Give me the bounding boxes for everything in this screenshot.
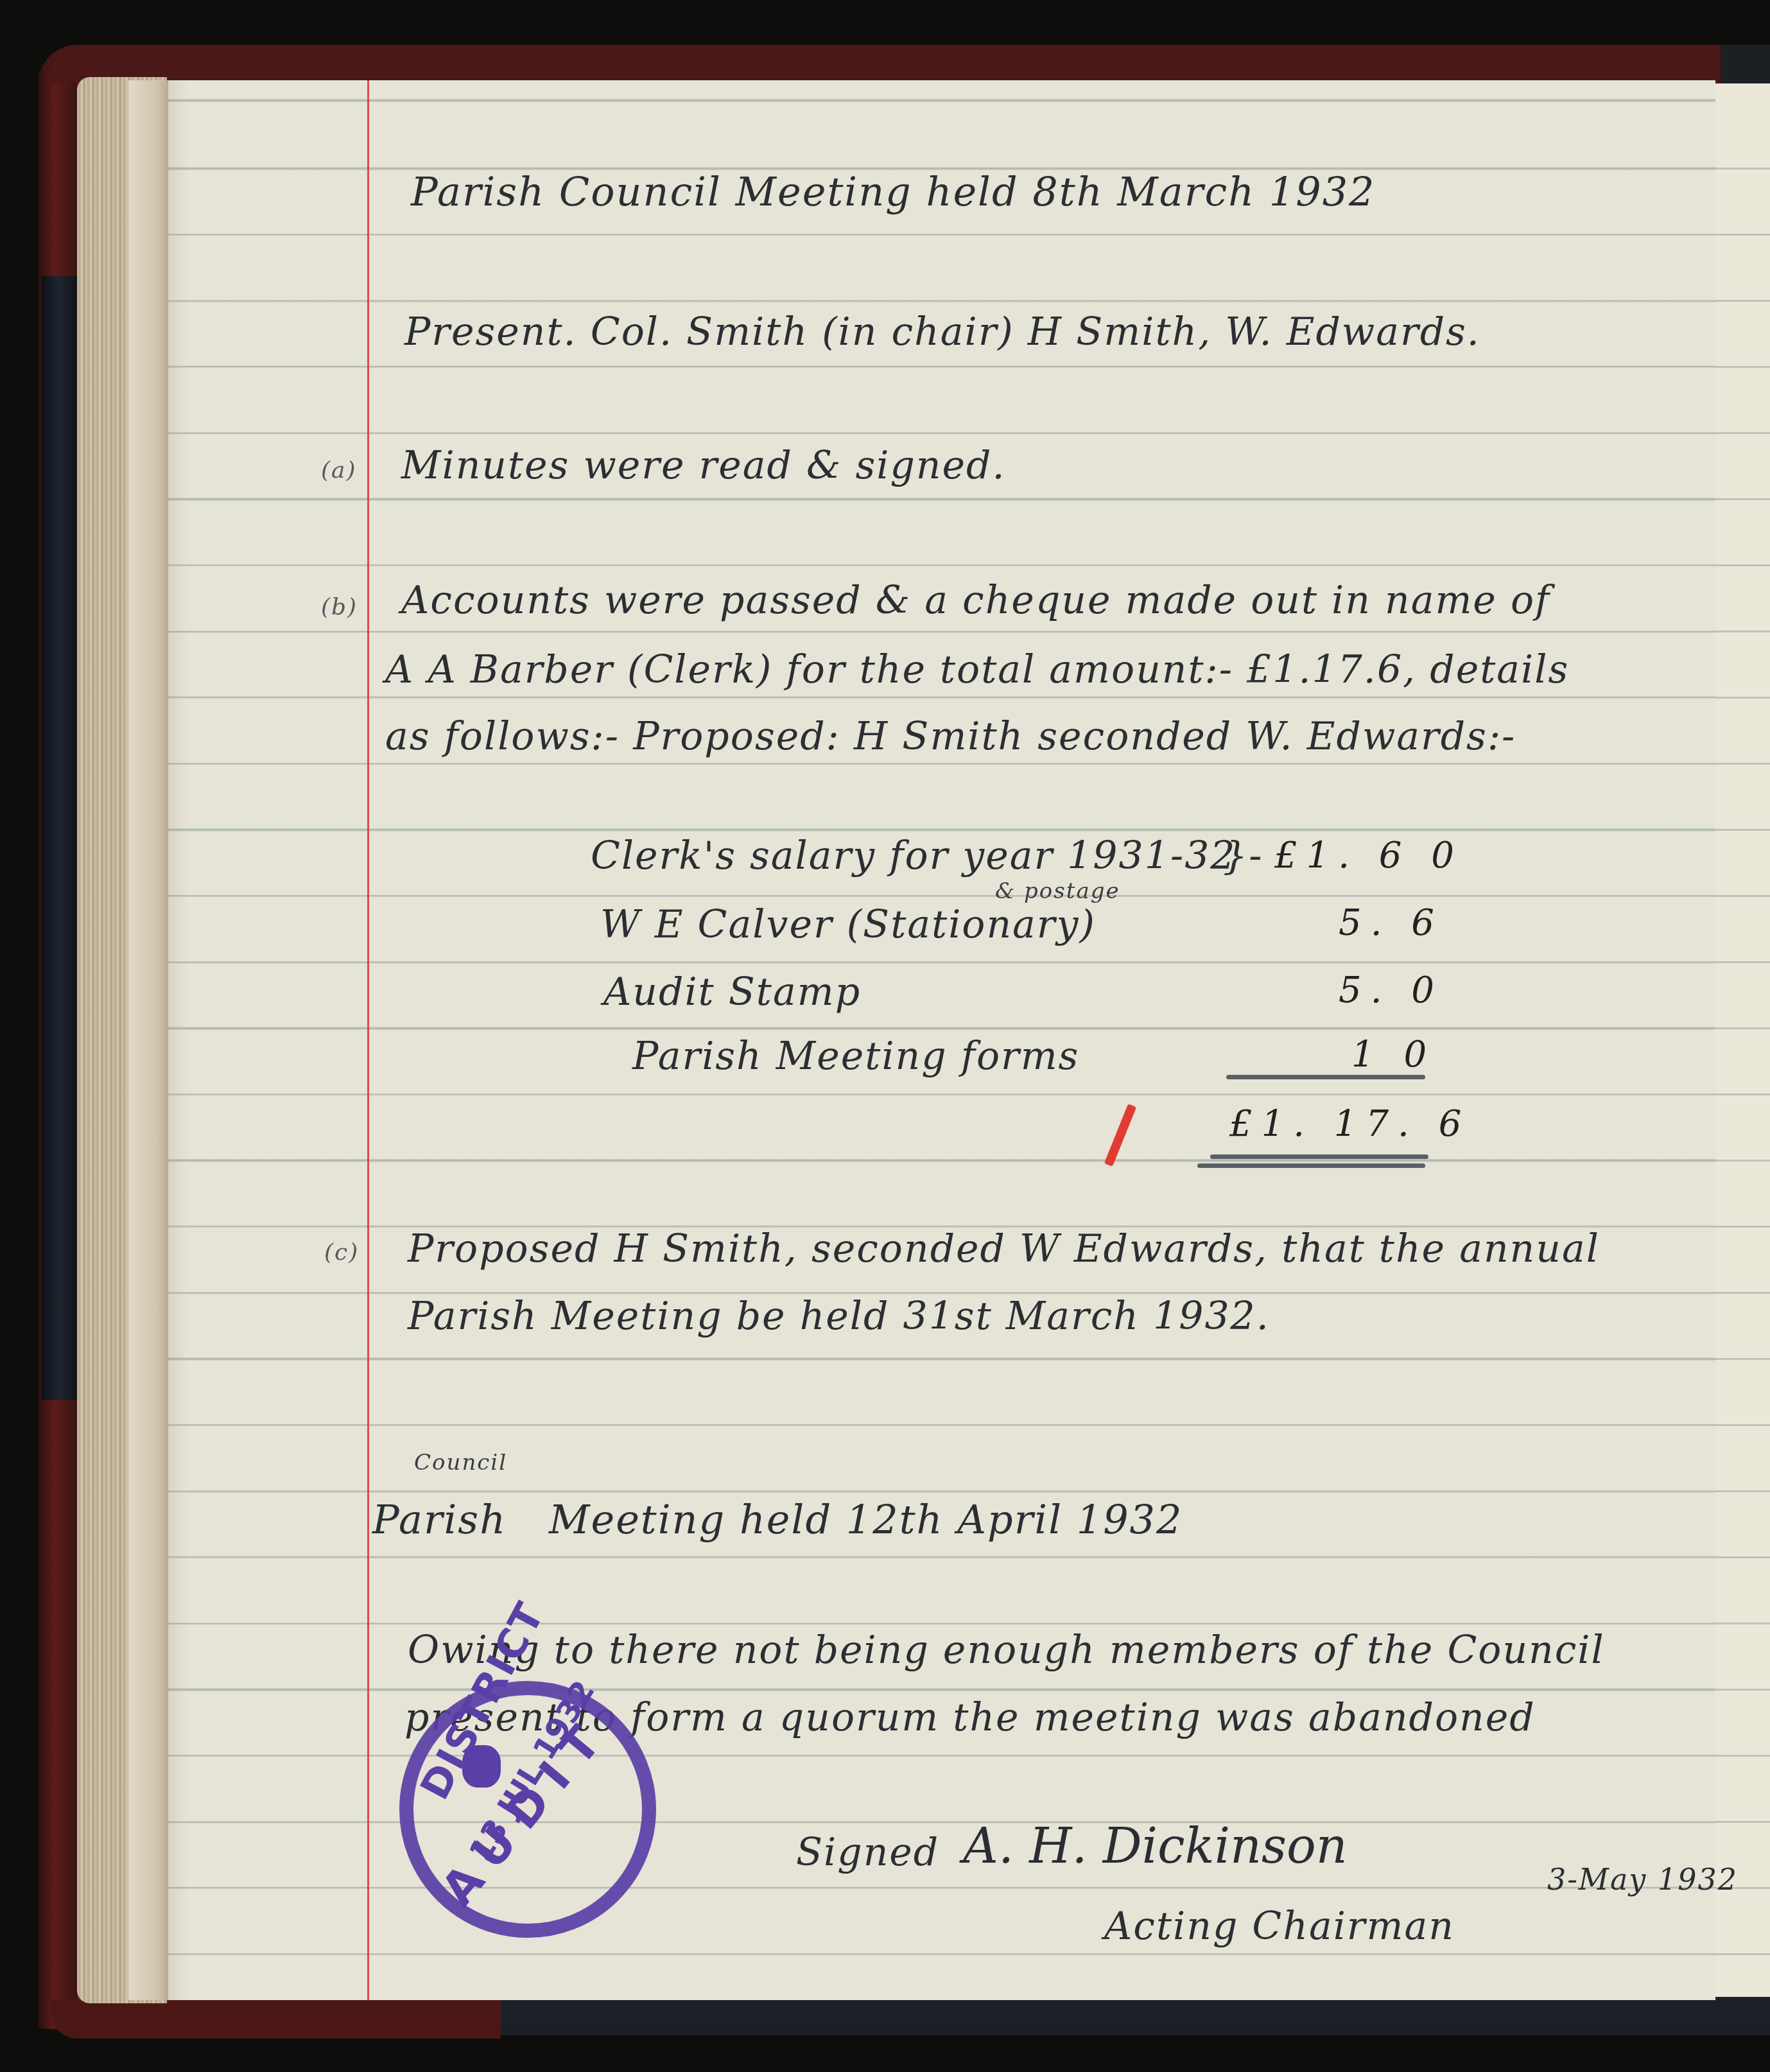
cover-bottom-edge xyxy=(51,2000,501,2039)
meeting1-title: Parish Council Meeting held 8th March 19… xyxy=(411,168,1376,215)
item-c-line2: Parish Meeting be held 31st March 1932. xyxy=(408,1294,1270,1339)
chairman-role: Acting Chairman xyxy=(1104,1904,1455,1949)
account-description: W E Calver (Stationary) xyxy=(600,902,1096,947)
total-underline-2 xyxy=(1197,1163,1425,1168)
account-amount: 5. 6 xyxy=(1339,902,1443,944)
total-underline-1 xyxy=(1210,1154,1428,1159)
item-b-line1: Accounts were passed & a cheque made out… xyxy=(401,578,1550,623)
subtotal-underline xyxy=(1226,1075,1425,1079)
meeting1-present: Present. Col. Smith (in chair) H Smith, … xyxy=(404,309,1480,354)
account-description: Audit Stamp xyxy=(603,970,861,1014)
account-brace: }- xyxy=(1223,833,1263,878)
signed-label: Signed xyxy=(796,1830,939,1875)
cover-top-edge xyxy=(51,45,1721,83)
account-amount: £1. 6 0 xyxy=(1274,835,1463,876)
item-b-line2: A A Barber (Clerk) for the total amount:… xyxy=(385,647,1569,692)
red-margin-rule xyxy=(367,80,369,2000)
page-stack-inner xyxy=(128,80,170,2000)
meeting2-title-insert: Council xyxy=(414,1450,507,1476)
chairman-signature: A. H. Dickinson xyxy=(963,1817,1348,1874)
item-b-line3: as follows:- Proposed: H Smith seconded … xyxy=(385,714,1516,759)
cover-bottom-cloth xyxy=(501,2000,1770,2026)
account-total: £1. 17. 6 xyxy=(1229,1103,1470,1145)
item-a-label: (a) xyxy=(321,457,357,483)
meeting2-body-line1: Owing to there not being enough members … xyxy=(408,1628,1605,1673)
item-b-label: (b) xyxy=(321,594,358,620)
account-amount: 5. 0 xyxy=(1339,970,1443,1011)
account-annotation: & postage xyxy=(995,878,1120,904)
item-c-line1: Proposed H Smith, seconded W Edwards, th… xyxy=(408,1226,1600,1271)
account-description: Clerk's salary for year 1931-32 xyxy=(591,833,1236,878)
account-description: Parish Meeting forms xyxy=(632,1034,1079,1079)
signature-date: 3-May 1932 xyxy=(1547,1862,1738,1897)
account-amount: 1 0 xyxy=(1351,1034,1436,1075)
item-a-text: Minutes were read & signed. xyxy=(401,443,1005,488)
item-c-label: (c) xyxy=(324,1239,359,1266)
book-spine-cloth xyxy=(42,276,77,1400)
meeting2-title-rest: Meeting held 12th April 1932 xyxy=(549,1496,1183,1543)
facing-page xyxy=(1713,83,1770,1997)
meeting2-title-prefix: Parish xyxy=(372,1496,507,1543)
